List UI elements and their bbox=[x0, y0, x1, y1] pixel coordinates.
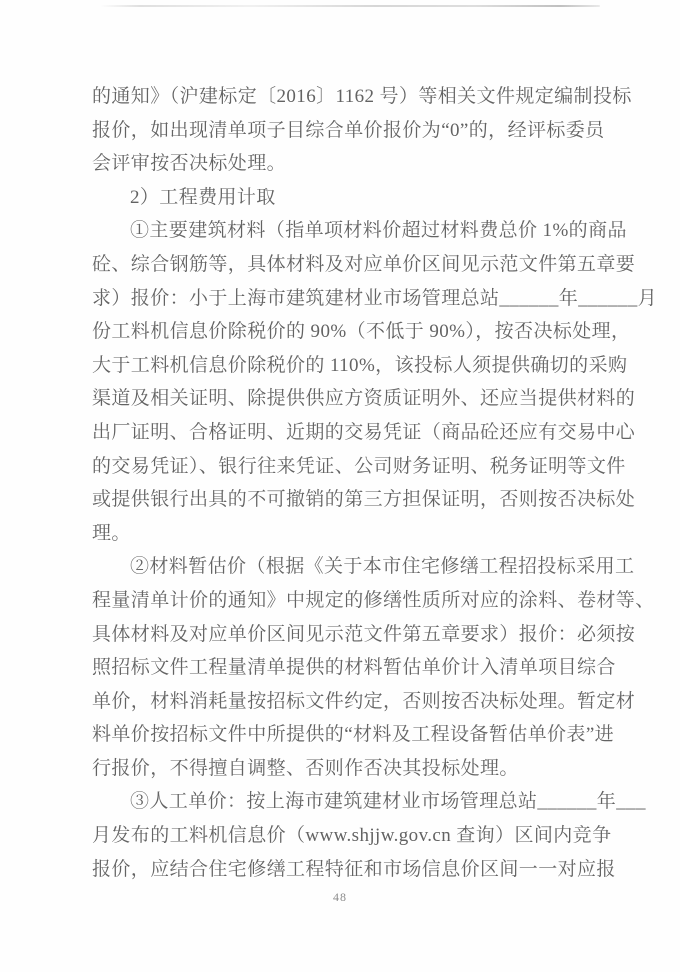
page-number: 48 bbox=[0, 890, 680, 905]
text-line: 出厂证明、合格证明、近期的交易凭证（商品砼还应有交易中心 bbox=[92, 416, 598, 450]
text-line: 或提供银行出具的不可撤销的第三方担保证明，否则按否决标处 bbox=[92, 483, 598, 517]
document-body: 的通知》（沪建标定〔2016〕1162 号）等相关文件规定编制投标报价，如出现清… bbox=[92, 80, 598, 886]
text-line: 行报价，不得擅自调整、否则作否决其投标处理。 bbox=[92, 752, 598, 786]
text-line: ②材料暂估价（根据《关于本市住宅修缮工程招投标采用工 bbox=[92, 550, 598, 584]
text-line: ①主要建筑材料（指单项材料价超过材料费总价 1%的商品 bbox=[92, 214, 598, 248]
text-line: 大于工料机信息价除税价的 110%，该投标人须提供确切的采购 bbox=[92, 349, 598, 383]
text-line: 报价，应结合住宅修缮工程特征和市场信息价区间一一对应报 bbox=[92, 853, 598, 887]
text-line: 砼、综合钢筋等，具体材料及对应单价区间见示范文件第五章要 bbox=[92, 248, 598, 282]
text-line: 理。 bbox=[92, 517, 598, 551]
text-line: 具体材料及对应单价区间见示范文件第五章要求）报价：必须按 bbox=[92, 618, 598, 652]
text-line: 2）工程费用计取 bbox=[92, 181, 598, 215]
text-line: 月发布的工料机信息价（www.shjjw.gov.cn 查询）区间内竞争 bbox=[92, 819, 598, 853]
text-line: ③人工单价：按上海市建筑建材业市场管理总站______年___ bbox=[92, 785, 598, 819]
text-line: 求）报价：小于上海市建筑建材业市场管理总站______年______月 bbox=[92, 282, 598, 316]
text-line: 份工料机信息价除税价的 90%（不低于 90%），按否决标处理， bbox=[92, 315, 598, 349]
text-line: 的通知》（沪建标定〔2016〕1162 号）等相关文件规定编制投标 bbox=[92, 80, 598, 114]
scan-artifact-line bbox=[100, 5, 600, 7]
text-line: 会评审按否决标处理。 bbox=[92, 147, 598, 181]
text-line: 报价，如出现清单项子目综合单价报价为“0”的，经评标委员 bbox=[92, 114, 598, 148]
text-line: 单价，材料消耗量按招标文件约定，否则按否决标处理。暂定材 bbox=[92, 685, 598, 719]
text-line: 的交易凭证）、银行往来凭证、公司财务证明、税务证明等文件 bbox=[92, 450, 598, 484]
document-page: 的通知》（沪建标定〔2016〕1162 号）等相关文件规定编制投标报价，如出现清… bbox=[0, 0, 680, 972]
text-line: 料单价按招标文件中所提供的“材料及工程设备暂估单价表”进 bbox=[92, 718, 598, 752]
text-line: 照招标文件工程量清单提供的材料暂估单价计入清单项目综合 bbox=[92, 651, 598, 685]
text-line: 渠道及相关证明、除提供供应方资质证明外、还应当提供材料的 bbox=[92, 382, 598, 416]
text-line: 程量清单计价的通知》中规定的修缮性质所对应的涂料、卷材等、 bbox=[92, 584, 598, 618]
